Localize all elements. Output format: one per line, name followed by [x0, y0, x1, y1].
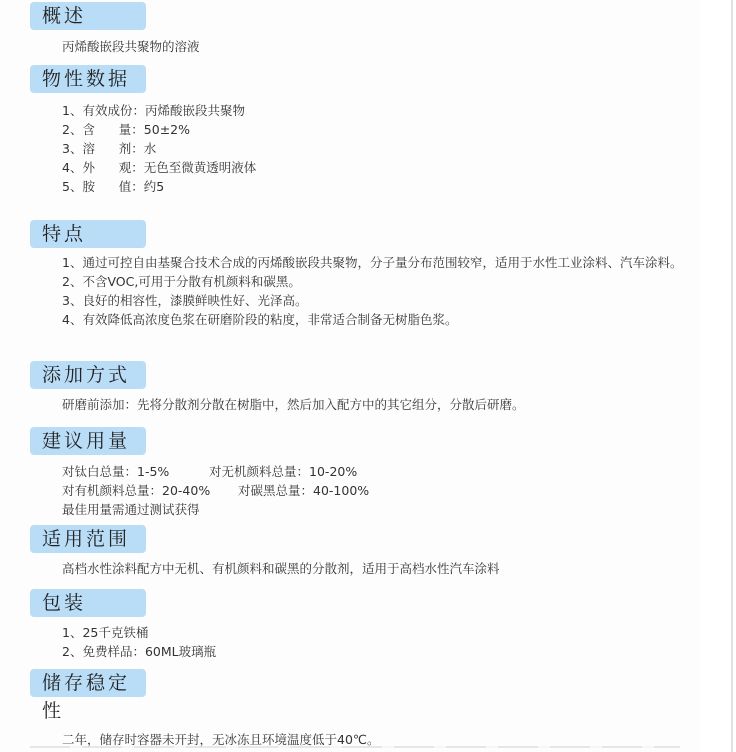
section-scope: 适用范围 高档水性涂料配方中无机、有机颜料和碳黑的分散剂，适用于高档水性汽车涂料	[30, 525, 500, 578]
section-title-scope: 适用范围	[30, 525, 146, 553]
section-features: 特点 1、通过可控自由基聚合技术合成的丙烯酸嵌段共聚物，分子量分布范围较窄，适用…	[30, 220, 734, 329]
addition-text: 研磨前添加：先将分散剂分散在树脂中，然后加入配方中的其它组分，分散后研磨。	[62, 395, 525, 414]
list-item: 2、含 量：50±2%	[62, 120, 256, 139]
list-item: 4、外 观：无色至微黄透明液体	[62, 158, 256, 177]
scope-text: 高档水性涂料配方中无机、有机颜料和碳黑的分散剂，适用于高档水性汽车涂料	[62, 559, 500, 578]
section-title-features: 特点	[30, 220, 146, 248]
list-item: 1、25千克铁桶	[62, 623, 216, 642]
dosage-line: 最佳用量需通过测试获得	[62, 500, 369, 519]
section-title-dosage: 建议用量	[30, 427, 146, 455]
properties-list: 1、有效成份：丙烯酸嵌段共聚物 2、含 量：50±2% 3、溶 剂：水 4、外 …	[62, 101, 256, 196]
list-item: 5、胺 值：约5	[62, 177, 256, 196]
section-title-storage: 储存稳定性	[30, 669, 146, 697]
list-item: 4、有效降低高浓度色浆在研磨阶段的粘度，非常适合制备无树脂色浆。	[62, 310, 734, 329]
section-title-packaging: 包装	[30, 589, 146, 617]
dosage-line: 对有机颜料总量：20-40% 对碳黑总量：40-100%	[62, 481, 369, 500]
list-item: 3、良好的相容性，漆膜鲜映性好、光泽高。	[62, 291, 734, 310]
list-item: 2、免费样品：60ML玻璃瓶	[62, 642, 216, 661]
document-page: 概述 丙烯酸嵌段共聚物的溶液 物性数据 1、有效成份：丙烯酸嵌段共聚物 2、含 …	[0, 0, 700, 752]
section-properties: 物性数据 1、有效成份：丙烯酸嵌段共聚物 2、含 量：50±2% 3、溶 剂：水…	[30, 65, 256, 196]
list-item: 2、不含VOC,可用于分散有机颜料和碳黑。	[62, 272, 734, 291]
packaging-list: 1、25千克铁桶 2、免费样品：60ML玻璃瓶	[62, 623, 216, 661]
section-addition: 添加方式 研磨前添加：先将分散剂分散在树脂中，然后加入配方中的其它组分，分散后研…	[30, 361, 525, 414]
dosage-line: 对钛白总量：1-5% 对无机颜料总量：10-20%	[62, 462, 369, 481]
section-packaging: 包装 1、25千克铁桶 2、免费样品：60ML玻璃瓶	[30, 589, 216, 661]
section-title-properties: 物性数据	[30, 65, 146, 93]
list-item: 1、通过可控自由基聚合技术合成的丙烯酸嵌段共聚物，分子量分布范围较窄，适用于水性…	[62, 253, 734, 272]
list-item: 1、有效成份：丙烯酸嵌段共聚物	[62, 101, 256, 120]
divider	[30, 746, 680, 748]
features-list: 1、通过可控自由基聚合技术合成的丙烯酸嵌段共聚物，分子量分布范围较窄，适用于水性…	[62, 253, 734, 329]
section-storage: 储存稳定性 二年，储存时容器未开封，无冰冻且环境温度低于40℃。	[30, 669, 379, 749]
section-overview: 概述 丙烯酸嵌段共聚物的溶液	[30, 2, 200, 56]
section-dosage: 建议用量 对钛白总量：1-5% 对无机颜料总量：10-20% 对有机颜料总量：2…	[30, 427, 369, 519]
list-item: 3、溶 剂：水	[62, 139, 256, 158]
page-border	[731, 0, 733, 752]
overview-text: 丙烯酸嵌段共聚物的溶液	[62, 37, 200, 56]
section-title-overview: 概述	[30, 2, 146, 30]
section-title-addition: 添加方式	[30, 361, 146, 389]
